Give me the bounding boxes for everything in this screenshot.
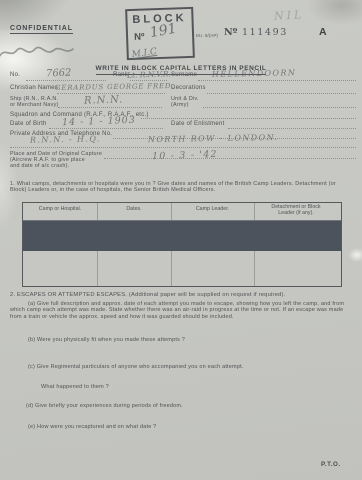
confidential-marking: CONFIDENTIAL bbox=[10, 25, 73, 34]
question-2a-text: (a) Give full description and approx. da… bbox=[10, 301, 355, 320]
serial-no-prefix: Nº bbox=[224, 27, 237, 38]
question-2c-followup-text: What happened to them ? bbox=[41, 384, 341, 390]
rank-value-handwritten: Lt. R.N.V.R. bbox=[127, 69, 171, 80]
table-header-camp: Camp or Hospital. bbox=[23, 203, 97, 220]
squadron-field-line bbox=[141, 118, 356, 119]
capture-field-line bbox=[104, 158, 356, 159]
ship-label: Ship (R.N., R.A.N. or Merchant Navy) bbox=[10, 96, 59, 108]
decorations-label: Decorations bbox=[171, 85, 206, 91]
date-of-birth-label: Date of Birth bbox=[10, 121, 47, 127]
ship-value-handwritten: R.N.N. bbox=[84, 94, 124, 106]
page-turn-over-note: P.T.O. bbox=[321, 461, 341, 468]
rank-field-line bbox=[130, 80, 167, 81]
address-value-1-handwritten: R.N.N. - H.Q. bbox=[30, 134, 101, 144]
block-number-stamp: BLOCK Nº 191 M.I.C bbox=[125, 7, 195, 60]
surname-value-handwritten: HELLENDOORN bbox=[212, 68, 296, 78]
scan-shadow-top-right bbox=[307, 0, 362, 25]
question-2c-text: (c) Give Regimental particulars of anyon… bbox=[28, 364, 348, 370]
scanned-pow-questionnaire-page: CONFIDENTIAL BLOCK Nº 191 M.I.C M.I. 9/(… bbox=[0, 0, 362, 480]
decorations-field-line bbox=[207, 93, 356, 94]
date-of-enlistment-label: Date of Enlistment bbox=[171, 121, 225, 127]
christian-names-value-handwritten: GERARDUS GEORGE FRED. bbox=[55, 82, 174, 92]
enlistment-field-line bbox=[228, 128, 356, 129]
question-2b-text: (b) Were you physically fit when you mad… bbox=[28, 337, 348, 343]
no-value-handwritten: 7662 bbox=[46, 68, 72, 80]
table-header-camp-leader: Camp Leader. bbox=[171, 203, 254, 220]
no-label: No. bbox=[10, 72, 20, 78]
christian-names-label: Christian Names bbox=[10, 85, 58, 91]
form-reference-code: M.I. 9/(AP) bbox=[196, 33, 218, 38]
camps-table: Camp or Hospital. Dates. Camp Leader. De… bbox=[22, 202, 342, 287]
question-1-text: 1. What camps, detachments or hospitals … bbox=[10, 181, 354, 194]
stamp-number-handwritten: 191 bbox=[149, 21, 178, 41]
address-value-2-handwritten: NORTH ROW - LONDON. bbox=[148, 133, 279, 144]
question-2e-text: (e) How were you recaptured and on what … bbox=[28, 424, 348, 430]
ship-field-line bbox=[58, 107, 162, 108]
table-header-dates: Dates. bbox=[97, 203, 171, 220]
surname-label: Surname bbox=[171, 72, 197, 78]
unit-div-field-line bbox=[203, 107, 356, 108]
surname-field-line bbox=[198, 80, 356, 81]
no-field-line bbox=[26, 80, 106, 81]
pencil-note-topright: NIL bbox=[274, 8, 305, 23]
scan-speck-right bbox=[348, 248, 362, 262]
stamp-no-prefix: Nº bbox=[134, 32, 145, 43]
capture-place-date-label: Place and Date of Original Capture (Airc… bbox=[10, 151, 102, 170]
question-2d-text: (d) Give briefly your experiences during… bbox=[26, 403, 346, 409]
table-dark-shade-band bbox=[23, 221, 341, 251]
unit-div-label: Unit & Div. (Army) bbox=[171, 96, 199, 108]
series-letter: A bbox=[319, 26, 327, 38]
serial-number: 111493 bbox=[242, 27, 288, 38]
question-2-heading: 2. ESCAPES OR ATTEMPTED ESCAPES. (Additi… bbox=[10, 292, 354, 298]
capture-value-handwritten: 10 - 3 - '42 bbox=[152, 149, 218, 162]
rank-label: Rank bbox=[113, 72, 128, 78]
table-header-detachment-leader: Detachment or Block Leader (if any). bbox=[254, 203, 338, 220]
dob-value-handwritten: 14 - 1 - 1903 bbox=[62, 115, 136, 129]
address-field-line-2 bbox=[10, 147, 356, 148]
